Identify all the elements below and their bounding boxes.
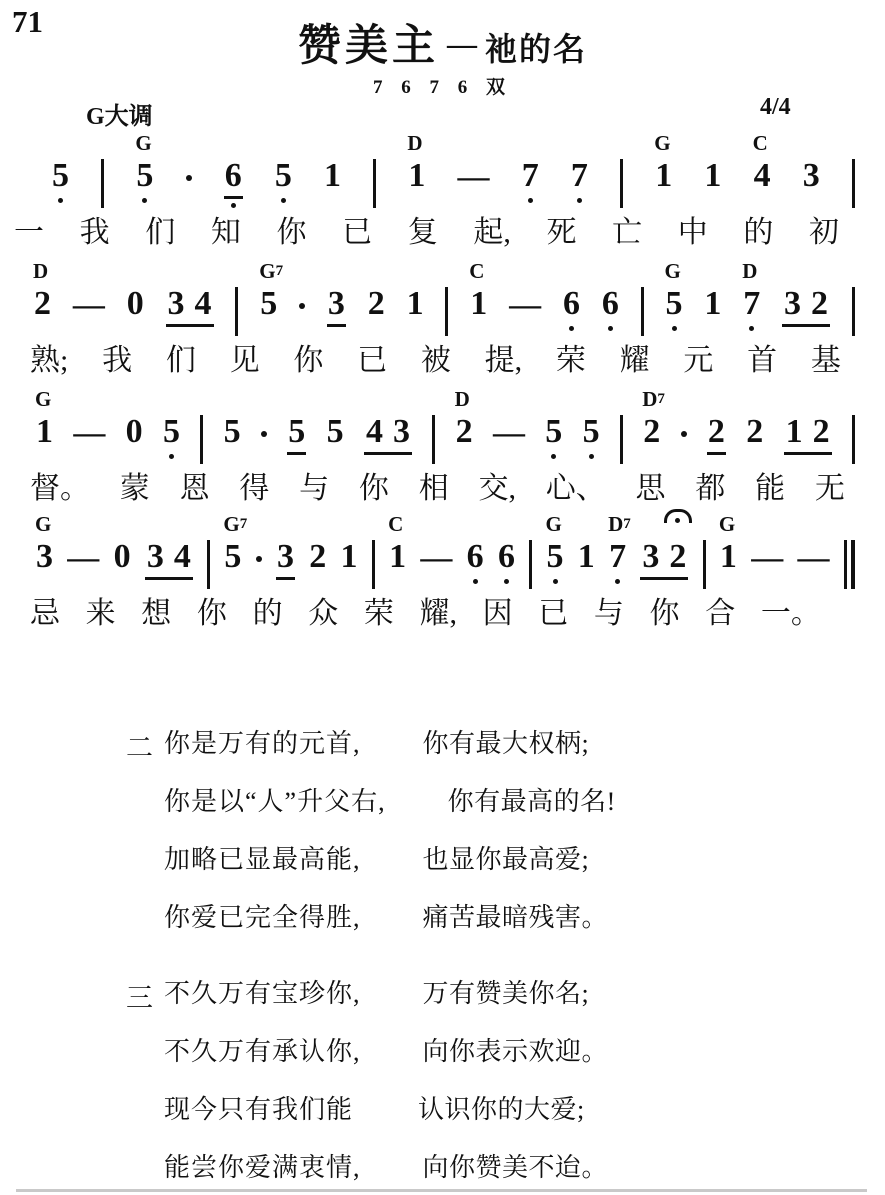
- chord-label: G: [135, 132, 151, 154]
- note: G75: [260, 286, 277, 322]
- note-digit: 6: [498, 539, 515, 575]
- verse-line: 能尝你爱满衷情,向你赞美不迨。: [164, 1136, 608, 1194]
- note: 0: [126, 414, 143, 450]
- lyric-syllable: 相: [419, 472, 449, 506]
- meter-label: 7 6 7 6 双: [0, 72, 885, 99]
- title-dash-icon: —: [447, 28, 477, 61]
- note-group: 32: [782, 286, 830, 327]
- augmentation-dot: [256, 556, 262, 562]
- lyric-syllable: 死: [547, 216, 577, 250]
- note-digit: 5: [583, 414, 600, 450]
- note-digit: 3: [147, 539, 164, 575]
- note-digit: 4: [174, 539, 191, 575]
- note: 6: [602, 286, 619, 331]
- title-main: 赞美主: [298, 23, 439, 70]
- barline: [703, 540, 706, 589]
- music-system-4: G3—034G75321C1—66G51D7732G1—— 忌来想你的众荣耀,因…: [0, 513, 885, 631]
- verse-lines: 不久万有宝珍你,万有赞美你名;不久万有承认你,向你表示欢迎。现今只有我们能认识你…: [164, 962, 608, 1194]
- note-digit: 3: [393, 414, 410, 450]
- chord-label: G: [35, 388, 51, 410]
- octave-dot: [169, 454, 174, 459]
- note-digit: 1: [578, 539, 595, 575]
- verse-number: 二: [126, 712, 164, 765]
- group-digits: 32: [782, 286, 830, 327]
- barline: [372, 540, 375, 589]
- note-digit: 0: [127, 286, 144, 322]
- note: C4: [754, 158, 771, 194]
- barline: [432, 415, 435, 464]
- lyric-syllable: 都: [695, 472, 725, 506]
- note-group: 32: [640, 539, 688, 580]
- augmentation-dot: [681, 431, 687, 437]
- note-group: 43: [364, 414, 412, 455]
- note-digit: 5: [163, 414, 180, 450]
- note-digit: 5: [224, 539, 241, 575]
- lyric-syllable: 我: [102, 344, 132, 378]
- octave-dot: [281, 198, 286, 203]
- chord-label: G7: [259, 260, 283, 282]
- note-digit: 3: [803, 158, 820, 194]
- lyric-syllable: 中: [678, 216, 708, 250]
- note-digit: 1: [408, 158, 425, 194]
- chord-label: G: [35, 513, 51, 535]
- dash-note: —: [509, 286, 541, 322]
- note: 5: [224, 414, 241, 450]
- verse-line-left: 加略已显最高能,: [164, 839, 361, 876]
- lyric-syllable: 能: [755, 472, 785, 506]
- lyric-syllable: 的: [743, 216, 773, 250]
- lyric-syllable: 亡: [612, 216, 642, 250]
- chord-label: D: [33, 260, 48, 282]
- verse-line-left: 不久万有宝珍你,: [164, 973, 361, 1010]
- note: 5: [52, 158, 69, 203]
- notation-row: G1—0555543D2—55D722212: [0, 388, 885, 470]
- octave-dot: [551, 454, 556, 459]
- note: 5: [287, 414, 306, 455]
- note-digit: 3: [36, 539, 53, 575]
- lyric-syllable: 一。: [761, 597, 821, 631]
- note: 2: [368, 286, 385, 322]
- chord-quality: 7: [657, 391, 665, 407]
- note-digit: 5: [287, 414, 306, 455]
- lyric-syllable: 荣: [556, 344, 586, 378]
- note: 1: [704, 286, 721, 322]
- note-group: 12: [784, 414, 832, 455]
- note: 1: [324, 158, 341, 194]
- chord-label: C: [469, 260, 484, 282]
- verse-line-left: 你是万有的元首,: [164, 723, 361, 760]
- note: 3: [276, 539, 295, 580]
- lyric-syllable: 提,: [485, 344, 523, 378]
- note: D1: [408, 158, 425, 194]
- note-digit: 3: [784, 286, 801, 322]
- verse-line: 加略已显最高能,也显你最高爱;: [164, 828, 616, 886]
- verse-line: 你爱已完全得胜,痛苦最暗残害。: [164, 886, 616, 944]
- group-digits: 12: [784, 414, 832, 455]
- lyric-syllable: 想: [141, 597, 171, 631]
- barline: [207, 540, 210, 589]
- note: 1: [704, 158, 721, 194]
- note: 6: [563, 286, 580, 331]
- octave-dot: [569, 326, 574, 331]
- note-digit: 5: [327, 414, 344, 450]
- barline: [620, 159, 623, 208]
- note: 0: [127, 286, 144, 322]
- octave-dot: [589, 454, 594, 459]
- lyric-syllable: 初: [809, 216, 839, 250]
- note-digit: 7: [609, 539, 626, 575]
- verse-2: 二 你是万有的元首,你有最大权柄;你是以“人”升父右,你有最高的名!加略已显最高…: [126, 712, 616, 944]
- note-digit: 2: [368, 286, 385, 322]
- lyric-syllable: 耀: [620, 344, 650, 378]
- note-digit: 2: [811, 286, 828, 322]
- note-digit: 5: [666, 286, 683, 322]
- note-digit: 5: [224, 414, 241, 450]
- note: 2: [707, 414, 726, 455]
- lyric-syllable: 基: [811, 344, 841, 378]
- barline: [852, 415, 855, 464]
- verse-line-left: 你是以“人”升父右,: [164, 781, 386, 818]
- note-digit: 7: [571, 158, 588, 194]
- verse-line: 现今只有我们能认识你的大爱;: [164, 1078, 608, 1136]
- fermata-icon: [664, 509, 690, 527]
- lyric-syllable: 元: [683, 344, 713, 378]
- note-digit: 6: [563, 286, 580, 322]
- verse-number: 三: [126, 962, 164, 1015]
- note-digit: 1: [786, 414, 803, 450]
- barline: [852, 287, 855, 336]
- note: C1: [470, 286, 487, 322]
- lyric-syllable: 思: [636, 472, 666, 506]
- time-signature: 4/4: [760, 94, 791, 121]
- note-digit: 0: [126, 414, 143, 450]
- chord-label: D: [407, 132, 422, 154]
- verse-line-left: 能尝你爱满衷情,: [164, 1147, 361, 1184]
- chord-label: D7: [642, 388, 665, 410]
- lyric-syllable: 你: [650, 597, 680, 631]
- octave-dot: [504, 579, 509, 584]
- note-digit: 1: [720, 539, 737, 575]
- music-system-1: 5G5651D1—77G11C43 一我们知你已复起,死亡中的初: [0, 132, 885, 250]
- verse-line-right: 也显你最高爱;: [423, 839, 590, 876]
- lyric-syllable: 耀,: [419, 597, 457, 631]
- verse-line: 你是万有的元首,你有最大权柄;: [164, 712, 616, 770]
- note: 6: [498, 539, 515, 584]
- group-digits: 43: [364, 414, 412, 455]
- lyric-row: 督。蒙恩得与你相交,心、思都能无: [0, 472, 885, 506]
- dash-note: —: [797, 539, 829, 575]
- note: G5: [136, 158, 153, 203]
- verse-3: 三 不久万有宝珍你,万有赞美你名;不久万有承认你,向你表示欢迎。现今只有我们能认…: [126, 962, 608, 1194]
- chord-label: G: [665, 260, 681, 282]
- note: G75: [224, 539, 241, 575]
- verse-line-left: 现今只有我们能: [164, 1089, 356, 1126]
- lyric-syllable: 合: [705, 597, 735, 631]
- lyric-syllable: 们: [145, 216, 175, 250]
- note: 5: [163, 414, 180, 459]
- note: 2: [309, 539, 326, 575]
- note: D77: [609, 539, 626, 584]
- octave-dot: [528, 198, 533, 203]
- note: D72: [643, 414, 660, 450]
- note-digit: 6: [224, 158, 243, 199]
- chord-quality: 7: [623, 516, 631, 532]
- octave-dot: [749, 326, 754, 331]
- lyric-syllable: 心、: [546, 472, 606, 506]
- note: 7: [522, 158, 539, 203]
- dash-note: —: [751, 539, 783, 575]
- verse-line-right: 向你表示欢迎。: [423, 1031, 609, 1068]
- octave-dot: [553, 579, 558, 584]
- note: G5: [547, 539, 564, 584]
- lyric-syllable: 复: [408, 216, 438, 250]
- dash-note: —: [73, 414, 105, 450]
- octave-dot: [473, 579, 478, 584]
- note-digit: 3: [327, 286, 346, 327]
- augmentation-dot: [261, 431, 267, 437]
- note: C1: [389, 539, 406, 575]
- lyric-syllable: 见: [230, 344, 260, 378]
- note-digit: 0: [114, 539, 131, 575]
- chord-quality: 7: [276, 263, 284, 279]
- verse-line-right: 你有最高的名!: [448, 781, 616, 818]
- lyric-row: 熟;我们见你已被提,荣耀元首基: [0, 344, 885, 378]
- note: 5: [327, 414, 344, 450]
- note: G3: [36, 539, 53, 575]
- verse-line-left: 你爱已完全得胜,: [164, 897, 361, 934]
- lyric-syllable: 荣: [364, 597, 394, 631]
- verse-line-right: 万有赞美你名;: [423, 973, 590, 1010]
- lyric-syllable: 无: [815, 472, 845, 506]
- chord-label: G: [546, 513, 562, 535]
- lyric-syllable: 熟;: [30, 344, 68, 378]
- lyric-syllable: 恩: [180, 472, 210, 506]
- note-digit: 4: [754, 158, 771, 194]
- barline: [641, 287, 644, 336]
- verse-line-right: 认识你的大爱;: [418, 1089, 585, 1126]
- note-digit: 2: [669, 539, 686, 575]
- note-digit: 2: [456, 414, 473, 450]
- octave-dot: [608, 326, 613, 331]
- note: 6: [467, 539, 484, 584]
- notation-row: G3—034G75321C1—66G51D7732G1——: [0, 513, 885, 595]
- lyric-syllable: 督。: [30, 472, 90, 506]
- group-digits: 34: [145, 539, 193, 580]
- note-digit: 4: [366, 414, 383, 450]
- note: 6: [224, 158, 243, 208]
- note: 3: [803, 158, 820, 194]
- dash-note: —: [458, 158, 490, 194]
- note-digit: 3: [276, 539, 295, 580]
- note-digit: 5: [52, 158, 69, 194]
- chord-label: G: [654, 132, 670, 154]
- note: 0: [114, 539, 131, 575]
- notation-row: 5G5651D1—77G11C43: [0, 132, 885, 214]
- lyric-syllable: 的: [253, 597, 283, 631]
- note-digit: 1: [407, 286, 424, 322]
- chord-label: G7: [223, 513, 247, 535]
- final-barline: [844, 540, 855, 589]
- note: 2: [746, 414, 763, 450]
- note-digit: 5: [545, 414, 562, 450]
- note-digit: 5: [136, 158, 153, 194]
- octave-dot: [672, 326, 677, 331]
- note-digit: 1: [389, 539, 406, 575]
- lyric-syllable: 已: [342, 216, 372, 250]
- chord-label: D7: [608, 513, 631, 535]
- note-digit: 2: [643, 414, 660, 450]
- page-edge-shadow: [16, 1189, 867, 1192]
- note-digit: 6: [602, 286, 619, 322]
- octave-dot: [142, 198, 147, 203]
- key-signature: G大调: [86, 96, 153, 131]
- augmentation-dot: [299, 303, 305, 309]
- note-digit: 5: [547, 539, 564, 575]
- barline: [101, 159, 104, 208]
- octave-dot: [615, 579, 620, 584]
- lyric-syllable: 你: [293, 344, 323, 378]
- note-digit: 7: [522, 158, 539, 194]
- lyric-syllable: 起,: [473, 216, 511, 250]
- barline: [852, 159, 855, 208]
- lyric-row: 忌来想你的众荣耀,因已与你合一。: [0, 597, 885, 631]
- lyric-syllable: 与: [594, 597, 624, 631]
- note-digit: 1: [704, 286, 721, 322]
- verse-line-left: 不久万有承认你,: [164, 1031, 361, 1068]
- group-digits: 34: [166, 286, 214, 327]
- note-digit: 1: [704, 158, 721, 194]
- chord-label: G: [719, 513, 735, 535]
- verse-line: 你是以“人”升父右,你有最高的名!: [164, 770, 616, 828]
- note-digit: 1: [341, 539, 358, 575]
- barline: [529, 540, 532, 589]
- note: 3: [327, 286, 346, 327]
- title-subtitle: 祂的名: [485, 31, 587, 67]
- note: D2: [34, 286, 51, 322]
- hymn-title: 赞美主—祂的名: [0, 12, 885, 73]
- octave-dot: [58, 198, 63, 203]
- lyric-syllable: 一: [14, 216, 44, 250]
- note-digit: 1: [36, 414, 53, 450]
- note-digit: 5: [275, 158, 292, 194]
- note-digit: 1: [655, 158, 672, 194]
- verse-lines: 你是万有的元首,你有最大权柄;你是以“人”升父右,你有最高的名!加略已显最高能,…: [164, 712, 616, 944]
- note: 5: [545, 414, 562, 459]
- lyric-syllable: 我: [80, 216, 110, 250]
- lyric-syllable: 你: [277, 216, 307, 250]
- verse-line-right: 向你赞美不迨。: [423, 1147, 609, 1184]
- note: 5: [583, 414, 600, 459]
- octave-dot: [231, 203, 236, 208]
- note-digit: 3: [168, 286, 185, 322]
- chord-label: D: [742, 260, 757, 282]
- augmentation-dot: [186, 175, 192, 181]
- lyric-syllable: 你: [359, 472, 389, 506]
- dash-note: —: [73, 286, 105, 322]
- note-digit: 2: [813, 414, 830, 450]
- chord-label: C: [753, 132, 768, 154]
- lyric-syllable: 与: [299, 472, 329, 506]
- chord-label: D: [455, 388, 470, 410]
- note: G1: [655, 158, 672, 194]
- note: 1: [578, 539, 595, 575]
- barline: [235, 287, 238, 336]
- note: G5: [666, 286, 683, 331]
- lyric-syllable: 蒙: [120, 472, 150, 506]
- dash-note: —: [67, 539, 99, 575]
- note-digit: 7: [743, 286, 760, 322]
- note: 7: [571, 158, 588, 203]
- note: 1: [407, 286, 424, 322]
- verse-line-right: 你有最大权柄;: [423, 723, 590, 760]
- group-digits: 32: [640, 539, 688, 580]
- lyric-syllable: 众: [308, 597, 338, 631]
- notation-row: D2—034G75321C1—66G51D732: [0, 260, 885, 342]
- lyric-syllable: 们: [166, 344, 196, 378]
- barline: [373, 159, 376, 208]
- lyric-syllable: 得: [239, 472, 269, 506]
- lyric-syllable: 知: [211, 216, 241, 250]
- verse-line-right: 痛苦最暗残害。: [423, 897, 609, 934]
- note: G1: [720, 539, 737, 575]
- octave-dot: [577, 198, 582, 203]
- barline: [620, 415, 623, 464]
- lyric-syllable: 已: [538, 597, 568, 631]
- hymn-sheet-page: 71 赞美主—祂的名 7 6 7 6 双 G大调 4/4 5G5651D1—77…: [0, 0, 885, 1195]
- note-digit: 6: [467, 539, 484, 575]
- note: 1: [341, 539, 358, 575]
- note-digit: 2: [34, 286, 51, 322]
- dash-note: —: [420, 539, 452, 575]
- note-group: 34: [145, 539, 193, 580]
- lyric-syllable: 首: [747, 344, 777, 378]
- barline: [445, 287, 448, 336]
- lyric-syllable: 忌: [30, 597, 60, 631]
- note-digit: 4: [195, 286, 212, 322]
- note-digit: 3: [642, 539, 659, 575]
- lyric-syllable: 因: [483, 597, 513, 631]
- lyric-syllable: 被: [421, 344, 451, 378]
- note: D7: [743, 286, 760, 331]
- chord-quality: 7: [240, 516, 248, 532]
- lyric-syllable: 来: [86, 597, 116, 631]
- chord-label: C: [388, 513, 403, 535]
- barline: [200, 415, 203, 464]
- note: 5: [275, 158, 292, 203]
- note-digit: 1: [324, 158, 341, 194]
- lyric-syllable: 已: [357, 344, 387, 378]
- note-digit: 2: [746, 414, 763, 450]
- lyric-syllable: 你: [197, 597, 227, 631]
- note-digit: 2: [707, 414, 726, 455]
- lyric-syllable: 交,: [478, 472, 516, 506]
- note: D2: [456, 414, 473, 450]
- music-system-3: G1—0555543D2—55D722212 督。蒙恩得与你相交,心、思都能无: [0, 388, 885, 506]
- note-digit: 1: [470, 286, 487, 322]
- dash-note: —: [493, 414, 525, 450]
- verse-line: 不久万有宝珍你,万有赞美你名;: [164, 962, 608, 1020]
- note-digit: 2: [309, 539, 326, 575]
- note-digit: 5: [260, 286, 277, 322]
- note: G1: [36, 414, 53, 450]
- verse-line: 不久万有承认你,向你表示欢迎。: [164, 1020, 608, 1078]
- lyric-row: 一我们知你已复起,死亡中的初: [0, 216, 885, 250]
- music-system-2: D2—034G75321C1—66G51D732 熟;我们见你已被提,荣耀元首基: [0, 260, 885, 378]
- note-group: 34: [166, 286, 214, 327]
